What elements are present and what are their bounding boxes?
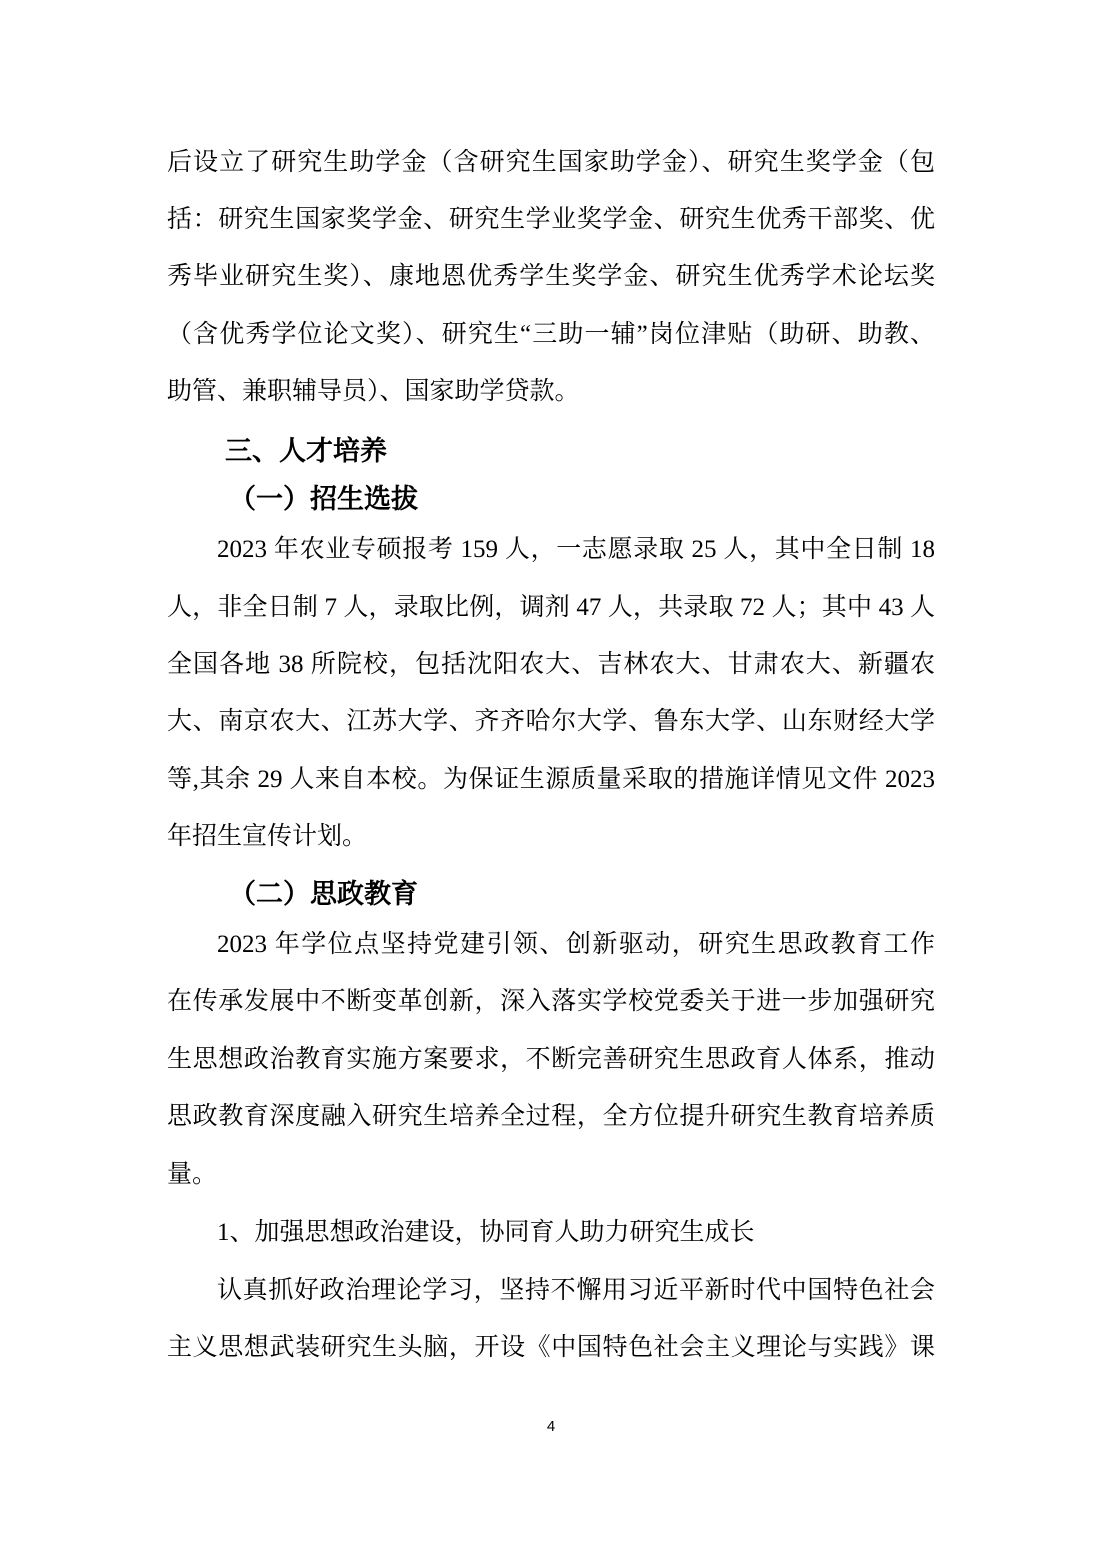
text-line: 2023 年农业专硕报考 159 人，一志愿录取 25 人，其中全日制 18 bbox=[167, 533, 935, 567]
text-line: 秀毕业研究生奖）、康地恩优秀学生奖学金、研究生优秀学术论坛奖 bbox=[167, 260, 935, 294]
text-line: 年招生宣传计划。 bbox=[167, 820, 935, 854]
text-line: 生思想政治教育实施方案要求，不断完善研究生思政育人体系，推动 bbox=[167, 1043, 935, 1077]
text-line: 人，非全日制 7 人，录取比例，调剂 47 人，共录取 72 人；其中 43 人 bbox=[167, 591, 935, 625]
subsection-heading: （一）招生选拔 bbox=[229, 482, 418, 518]
text-line: 等,其余 29 人来自本校。为保证生源质量采取的措施详情见文件 2023 bbox=[167, 763, 935, 797]
text-line: 助管、兼职辅导员）、国家助学贷款。 bbox=[167, 375, 935, 409]
text-line: 主义思想武装研究生头脑，开设《中国特色社会主义理论与实践》课 bbox=[167, 1331, 935, 1365]
text-line: 全国各地 38 所院校，包括沈阳农大、吉林农大、甘肃农大、新疆农 bbox=[167, 648, 935, 682]
text-line: 2023 年学位点坚持党建引领、创新驱动，研究生思政教育工作 bbox=[167, 928, 935, 962]
text-line: 大、南京农大、江苏大学、齐齐哈尔大学、鲁东大学、山东财经大学 bbox=[167, 705, 935, 739]
section-heading: 三、人才培养 bbox=[225, 434, 387, 470]
text-line: （含优秀学位论文奖）、研究生“三助一辅”岗位津贴（助研、助教、 bbox=[167, 318, 935, 352]
page-number: 4 bbox=[0, 1418, 1102, 1435]
text-line: 认真抓好政治理论学习，坚持不懈用习近平新时代中国特色社会 bbox=[167, 1274, 935, 1308]
text-line: 思政教育深度融入研究生培养全过程，全方位提升研究生教育培养质 bbox=[167, 1100, 935, 1134]
text-line: 后设立了研究生助学金（含研究生国家助学金）、研究生奖学金（包 bbox=[167, 146, 935, 180]
item-heading: 1、加强思想政治建设，协同育人助力研究生成长 bbox=[167, 1216, 935, 1250]
text-line: 在传承发展中不断变革创新，深入落实学校党委关于进一步加强研究 bbox=[167, 985, 935, 1019]
subsection-heading: （二）思政教育 bbox=[229, 877, 418, 913]
text-line: 量。 bbox=[167, 1158, 935, 1192]
text-line: 括：研究生国家奖学金、研究生学业奖学金、研究生优秀干部奖、优 bbox=[167, 203, 935, 237]
